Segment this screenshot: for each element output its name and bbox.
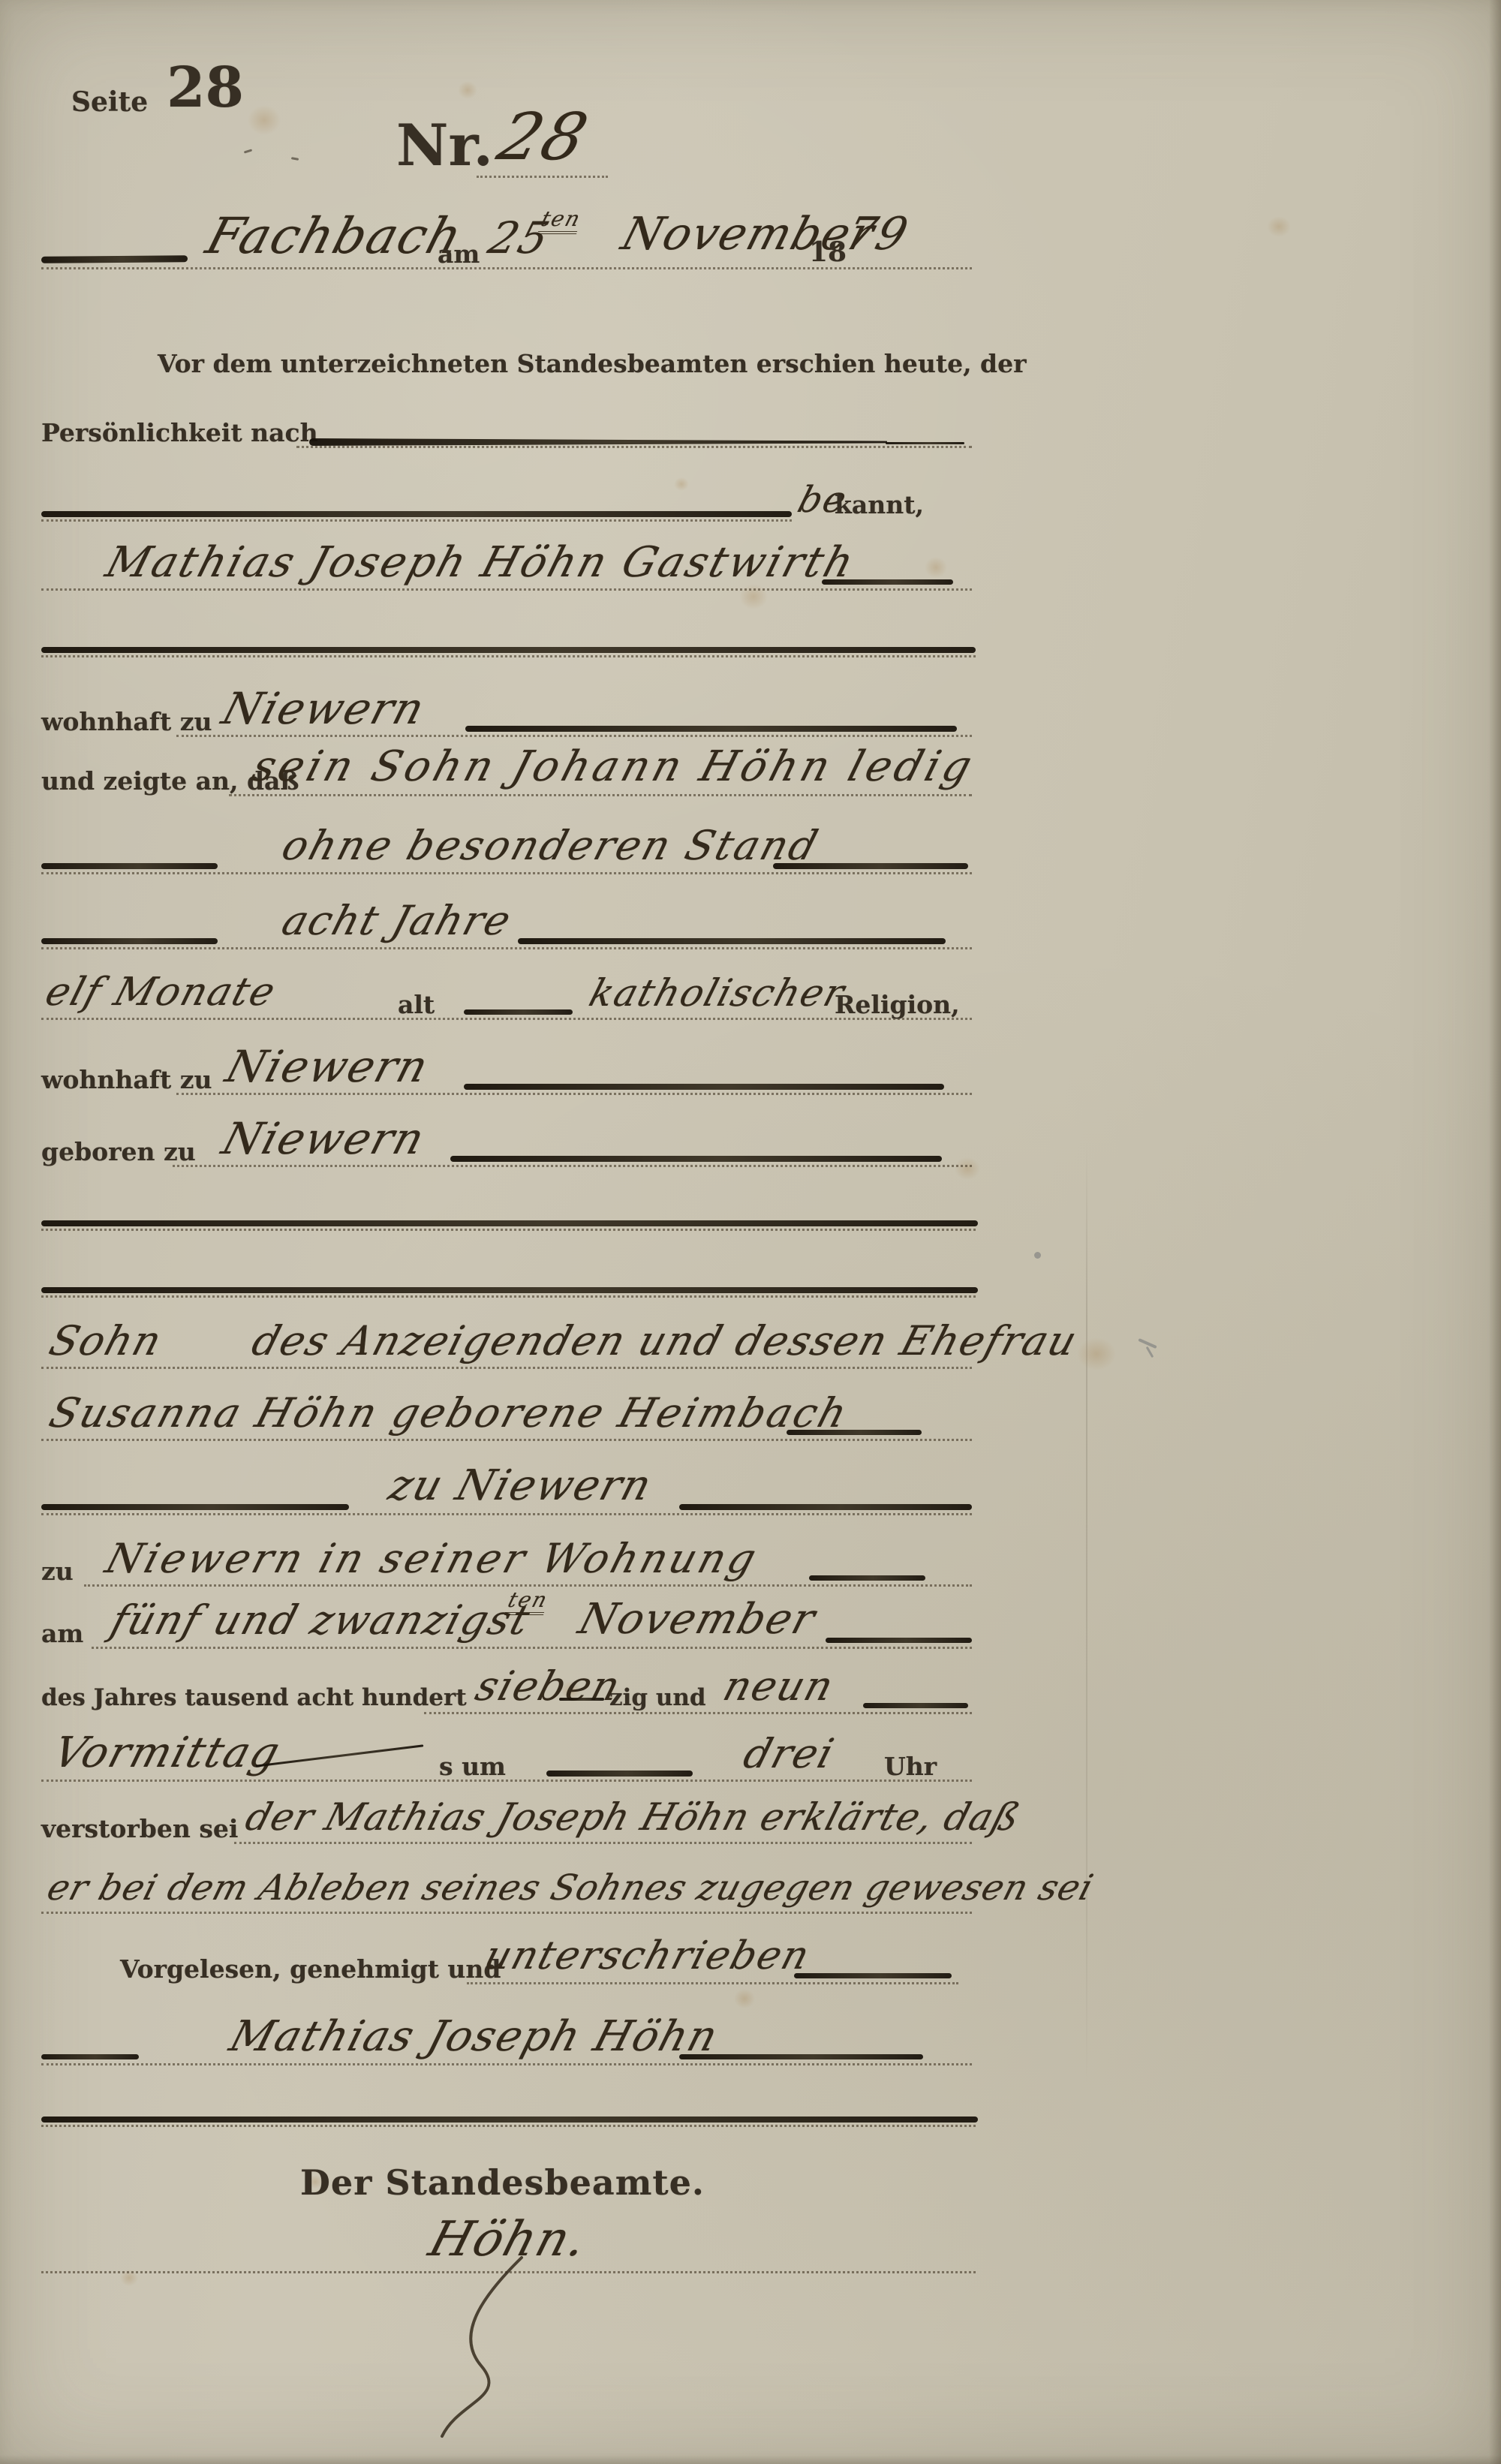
deceased-age-months: elf Monate bbox=[41, 973, 281, 1012]
dotted-rule bbox=[173, 1165, 972, 1167]
death-um-label: s um bbox=[439, 1754, 506, 1779]
ink-stroke bbox=[822, 579, 953, 585]
dotted-rule bbox=[41, 267, 972, 269]
page-label: Seite bbox=[71, 89, 148, 116]
dotted-rule bbox=[467, 1982, 958, 1984]
page-number: 28 bbox=[167, 60, 244, 116]
deceased-status: ohne besonderen Stand bbox=[278, 826, 824, 866]
pencil-mark bbox=[1146, 1346, 1154, 1358]
dotted-rule bbox=[41, 1018, 972, 1020]
ink-stroke bbox=[41, 1287, 978, 1293]
death-uhr-label: Uhr bbox=[884, 1754, 937, 1779]
dotted-rule bbox=[41, 519, 792, 522]
ink-stroke bbox=[559, 1698, 604, 1701]
dotted-rule bbox=[424, 1712, 972, 1714]
death-year-join-label: zig und bbox=[609, 1686, 706, 1710]
paper-crease bbox=[1086, 1141, 1087, 2086]
foxing-spot bbox=[955, 1157, 980, 1180]
dotted-rule bbox=[92, 1647, 972, 1649]
foxing-spot bbox=[925, 557, 947, 578]
deceased-residence-label: wohnhaft zu bbox=[41, 1067, 212, 1092]
dotted-rule bbox=[176, 735, 972, 737]
deceased-age-years: acht Jahre bbox=[278, 901, 516, 941]
dateline-am-label: am bbox=[438, 242, 480, 266]
register-page: Seite 28 Nr. 28 Fachbach am 25 ten Novem… bbox=[0, 0, 1501, 2464]
dateline-place: Fachbach bbox=[201, 212, 468, 261]
death-hour: drei bbox=[739, 1734, 839, 1774]
declarant-residence: Niewern bbox=[218, 687, 430, 730]
death-year-ones: neun bbox=[719, 1666, 839, 1707]
death-am-label: am bbox=[41, 1621, 83, 1646]
death-year-label: des Jahres tausend acht hundert bbox=[41, 1686, 467, 1710]
dotted-rule bbox=[41, 2063, 972, 2065]
ink-speck bbox=[244, 149, 252, 153]
parents-line1a: Sohn bbox=[45, 1321, 167, 1361]
dotted-rule bbox=[176, 1093, 972, 1095]
ink-stroke bbox=[773, 863, 968, 869]
dateline-year-written: 79 bbox=[841, 212, 914, 257]
foxing-spot bbox=[734, 1989, 755, 2008]
ink-stroke bbox=[41, 938, 218, 944]
alt-label: alt bbox=[398, 992, 435, 1017]
dotted-rule bbox=[41, 872, 972, 874]
record-number-value: 28 bbox=[492, 105, 595, 170]
foxing-spot bbox=[458, 81, 477, 99]
parents-line3: zu Niewern bbox=[384, 1465, 657, 1507]
ink-speck bbox=[291, 157, 299, 161]
intro-line1: Vor dem unterzeichneten Standesbeamten e… bbox=[158, 351, 1027, 376]
ink-stroke bbox=[41, 2054, 139, 2059]
party-signature: Mathias Joseph Höhn bbox=[225, 2016, 723, 2058]
dotted-rule bbox=[41, 1513, 972, 1515]
dotted-rule bbox=[296, 446, 972, 448]
ink-stroke bbox=[464, 1084, 944, 1090]
dotted-rule bbox=[234, 1842, 972, 1844]
death-zu-label: zu bbox=[41, 1559, 74, 1584]
ink-stroke bbox=[41, 647, 976, 653]
ink-stroke bbox=[41, 511, 792, 517]
parents-line2: Susanna Höhn geborene Heimbach bbox=[45, 1393, 853, 1434]
death-day-suffix: ten bbox=[504, 1590, 551, 1615]
ink-stroke bbox=[794, 1973, 952, 1978]
ink-stroke bbox=[679, 1504, 972, 1510]
dotted-rule bbox=[41, 1295, 976, 1298]
religion-label: Religion, bbox=[835, 992, 960, 1017]
registrar-label: Der Standesbeamte. bbox=[300, 2165, 705, 2200]
ink-stroke bbox=[679, 2054, 923, 2059]
parents-line1b: des Anzeigenden und dessen Ehefrau bbox=[248, 1321, 1082, 1361]
intro-line2-label: Persönlichkeit nach bbox=[41, 420, 318, 445]
deceased-birthplace: Niewern bbox=[218, 1117, 430, 1160]
death-day: fünf und zwanzigst bbox=[107, 1600, 535, 1641]
ink-stroke bbox=[464, 1009, 573, 1015]
dotted-rule bbox=[41, 1780, 972, 1782]
death-daytime: Vormittag bbox=[49, 1732, 285, 1774]
dotted-rule bbox=[84, 1584, 972, 1587]
dotted-rule bbox=[41, 1229, 976, 1231]
ink-stroke bbox=[826, 1638, 972, 1643]
dateline-day-suffix: ten bbox=[537, 209, 584, 234]
verstorben-label: verstorben sei bbox=[41, 1816, 238, 1841]
pencil-dot bbox=[1034, 1252, 1041, 1259]
deceased-religion: katholischer bbox=[585, 974, 850, 1012]
ink-stroke bbox=[518, 938, 946, 944]
dotted-rule bbox=[41, 588, 972, 591]
paper-edge-bottom bbox=[0, 2455, 1501, 2464]
ink-stroke bbox=[886, 442, 964, 444]
ink-stroke bbox=[465, 726, 957, 732]
known-label: kannt, bbox=[835, 492, 924, 517]
record-number-label: Nr. bbox=[396, 117, 493, 174]
dotted-rule bbox=[41, 947, 972, 949]
declarant-name: Mathias Joseph Höhn Gastwirth bbox=[101, 542, 860, 584]
dotted-rule bbox=[41, 1367, 972, 1369]
foxing-spot bbox=[1077, 1337, 1116, 1370]
foxing-spot bbox=[248, 105, 281, 135]
dotted-rule bbox=[41, 1439, 972, 1441]
closing-method: unterschrieben bbox=[480, 1936, 815, 1975]
foxing-spot bbox=[674, 477, 689, 491]
ink-stroke bbox=[41, 863, 218, 869]
death-place: Niewern in seiner Wohnung bbox=[101, 1539, 763, 1579]
signature-flourish bbox=[409, 2252, 619, 2447]
birthplace-label: geboren zu bbox=[41, 1139, 196, 1164]
ink-stroke bbox=[256, 1744, 424, 1767]
ink-stroke bbox=[41, 1220, 978, 1226]
death-month: November bbox=[574, 1599, 820, 1641]
ink-stroke bbox=[546, 1771, 693, 1777]
death-statement-line2: er bei dem Ableben seines Sohnes zugegen… bbox=[44, 1870, 1097, 1906]
ink-stroke bbox=[41, 255, 188, 263]
ink-stroke bbox=[41, 1504, 349, 1510]
dotted-rule bbox=[477, 176, 608, 178]
ink-stroke bbox=[309, 438, 887, 446]
foxing-spot bbox=[1267, 216, 1291, 237]
dotted-rule bbox=[41, 655, 976, 657]
closing-label: Vorgelesen, genehmigt und bbox=[120, 1957, 501, 1981]
dotted-rule bbox=[229, 794, 972, 796]
paper-edge-right bbox=[1489, 0, 1501, 2464]
ink-stroke bbox=[41, 2117, 978, 2123]
deceased-identity: sein Sohn Johann Höhn ledig bbox=[248, 746, 979, 788]
deceased-residence: Niewern bbox=[221, 1045, 434, 1088]
dotted-rule bbox=[41, 1912, 972, 1914]
ink-stroke bbox=[863, 1703, 968, 1708]
declarant-residence-label: wohnhaft zu bbox=[41, 709, 212, 734]
ink-stroke bbox=[809, 1575, 925, 1581]
death-statement-line1: der Mathias Joseph Höhn erklärte, daß bbox=[242, 1798, 1024, 1836]
dotted-rule bbox=[41, 2125, 976, 2127]
ink-stroke bbox=[787, 1430, 922, 1435]
ink-stroke bbox=[450, 1156, 942, 1162]
